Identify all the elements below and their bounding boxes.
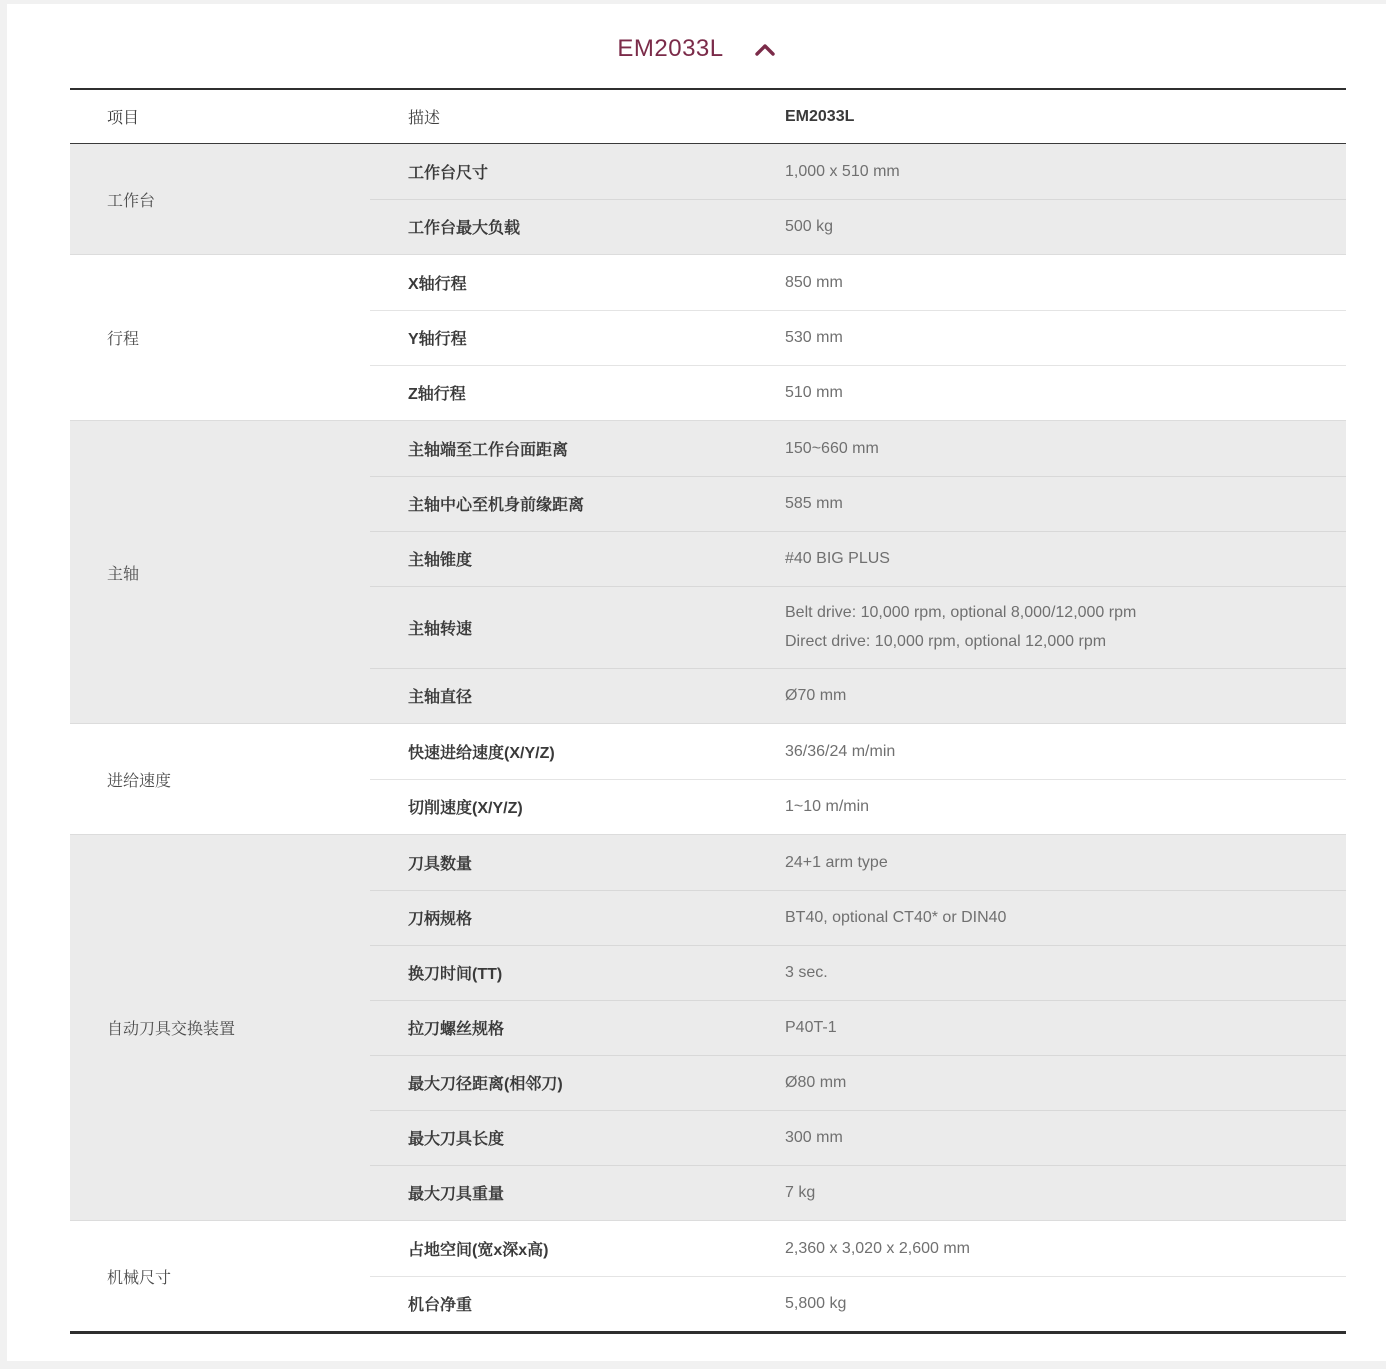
spec-label: 最大刀具长度 — [370, 1126, 785, 1149]
table-row: 主轴中心至机身前缘距离 585 mm — [370, 476, 1346, 531]
group-rows: 占地空间(宽x深x高) 2,360 x 3,020 x 2,600 mm 机台净… — [370, 1221, 1346, 1331]
spec-group-spindle: 主轴 主轴端至工作台面距离 150~660 mm 主轴中心至机身前缘距离 585… — [70, 420, 1346, 723]
spec-value: 1~10 m/min — [785, 798, 1346, 816]
table-row: X轴行程 850 mm — [370, 255, 1346, 310]
spec-label: 机台净重 — [370, 1292, 785, 1315]
spec-card: EM2033L 项目 描述 EM2033L 工作台 工作台尺寸 1,000 x … — [7, 4, 1386, 1361]
spec-label: 最大刀径距离(相邻刀) — [370, 1071, 785, 1094]
category-label: 主轴 — [70, 421, 370, 723]
category-label: 行程 — [70, 255, 370, 420]
spec-label: 换刀时间(TT) — [370, 961, 785, 984]
spec-label: 工作台最大负载 — [370, 215, 785, 238]
table-row: 工作台最大负载 500 kg — [370, 199, 1346, 254]
table-row: 最大刀径距离(相邻刀) Ø80 mm — [370, 1055, 1346, 1110]
group-rows: X轴行程 850 mm Y轴行程 530 mm Z轴行程 510 mm — [370, 255, 1346, 420]
spec-value: Belt drive: 10,000 rpm, optional 8,000/1… — [785, 598, 1346, 656]
category-label: 自动刀具交换装置 — [70, 835, 370, 1220]
spec-value-line: Direct drive: 10,000 rpm, optional 12,00… — [785, 627, 1346, 656]
spec-label: Y轴行程 — [370, 326, 785, 349]
spec-group-travel: 行程 X轴行程 850 mm Y轴行程 530 mm Z轴行程 510 mm — [70, 254, 1346, 420]
table-row: 工作台尺寸 1,000 x 510 mm — [370, 144, 1346, 199]
table-row: 主轴转速 Belt drive: 10,000 rpm, optional 8,… — [370, 586, 1346, 668]
spec-label: 主轴锥度 — [370, 547, 785, 570]
spec-label: 主轴中心至机身前缘距离 — [370, 492, 785, 515]
spec-label: 刀具数量 — [370, 851, 785, 874]
spec-value: 7 kg — [785, 1184, 1346, 1202]
group-rows: 快速进给速度(X/Y/Z) 36/36/24 m/min 切削速度(X/Y/Z)… — [370, 724, 1346, 834]
spec-value: 510 mm — [785, 384, 1346, 402]
table-row: 拉刀螺丝规格 P40T-1 — [370, 1000, 1346, 1055]
header-description: 描述 — [408, 105, 785, 128]
group-rows: 主轴端至工作台面距离 150~660 mm 主轴中心至机身前缘距离 585 mm… — [370, 421, 1346, 723]
spec-label: 占地空间(宽x深x高) — [370, 1237, 785, 1260]
table-row: 刀具数量 24+1 arm type — [370, 835, 1346, 890]
table-row: Y轴行程 530 mm — [370, 310, 1346, 365]
spec-label: 切削速度(X/Y/Z) — [370, 795, 785, 818]
table-row: 最大刀具长度 300 mm — [370, 1110, 1346, 1165]
table-row: 主轴直径 Ø70 mm — [370, 668, 1346, 723]
table-row: Z轴行程 510 mm — [370, 365, 1346, 420]
table-row: 占地空间(宽x深x高) 2,360 x 3,020 x 2,600 mm — [370, 1221, 1346, 1276]
spec-value: 36/36/24 m/min — [785, 743, 1346, 761]
spec-value: 500 kg — [785, 218, 1346, 236]
spec-value: 3 sec. — [785, 964, 1346, 982]
spec-value: 300 mm — [785, 1129, 1346, 1147]
spec-value: 530 mm — [785, 329, 1346, 347]
spec-group-dimensions: 机械尺寸 占地空间(宽x深x高) 2,360 x 3,020 x 2,600 m… — [70, 1220, 1346, 1331]
header-model: EM2033L — [785, 108, 1346, 126]
category-label: 机械尺寸 — [70, 1221, 370, 1331]
spec-value: 5,800 kg — [785, 1295, 1346, 1313]
spec-value: 1,000 x 510 mm — [785, 163, 1346, 181]
spec-label: 最大刀具重量 — [370, 1181, 785, 1204]
table-row: 切削速度(X/Y/Z) 1~10 m/min — [370, 779, 1346, 834]
header-item: 项目 — [70, 105, 408, 128]
spec-label: 主轴直径 — [370, 684, 785, 707]
spec-value: 2,360 x 3,020 x 2,600 mm — [785, 1240, 1346, 1258]
spec-value-line: Belt drive: 10,000 rpm, optional 8,000/1… — [785, 598, 1346, 627]
table-row: 快速进给速度(X/Y/Z) 36/36/24 m/min — [370, 724, 1346, 779]
spec-value: P40T-1 — [785, 1019, 1346, 1037]
spec-value: 150~660 mm — [785, 440, 1346, 458]
table-row: 换刀时间(TT) 3 sec. — [370, 945, 1346, 1000]
spec-label: 拉刀螺丝规格 — [370, 1016, 785, 1039]
accordion-header-em2033l[interactable]: EM2033L — [7, 4, 1386, 88]
table-header-row: 项目 描述 EM2033L — [70, 90, 1346, 144]
category-label: 工作台 — [70, 144, 370, 254]
spec-label: Z轴行程 — [370, 381, 785, 404]
spec-value: BT40, optional CT40* or DIN40 — [785, 909, 1346, 927]
spec-group-worktable: 工作台 工作台尺寸 1,000 x 510 mm 工作台最大负载 500 kg — [70, 144, 1346, 254]
table-row: 刀柄规格 BT40, optional CT40* or DIN40 — [370, 890, 1346, 945]
spec-group-atc: 自动刀具交换装置 刀具数量 24+1 arm type 刀柄规格 BT40, o… — [70, 834, 1346, 1220]
group-rows: 刀具数量 24+1 arm type 刀柄规格 BT40, optional C… — [370, 835, 1346, 1220]
spec-value: 24+1 arm type — [785, 854, 1346, 872]
table-row: 机台净重 5,800 kg — [370, 1276, 1346, 1331]
spec-value: Ø80 mm — [785, 1074, 1346, 1092]
spec-label: 工作台尺寸 — [370, 160, 785, 183]
spec-label: X轴行程 — [370, 271, 785, 294]
group-rows: 工作台尺寸 1,000 x 510 mm 工作台最大负载 500 kg — [370, 144, 1346, 254]
spec-table: 项目 描述 EM2033L 工作台 工作台尺寸 1,000 x 510 mm 工… — [70, 88, 1346, 1334]
spec-label: 主轴端至工作台面距离 — [370, 437, 785, 460]
spec-label: 刀柄规格 — [370, 906, 785, 929]
spec-label: 主轴转速 — [370, 616, 785, 639]
model-title: EM2033L — [617, 35, 723, 63]
spec-label: 快速进给速度(X/Y/Z) — [370, 740, 785, 763]
chevron-up-icon[interactable] — [754, 43, 776, 56]
spec-group-feedrate: 进给速度 快速进给速度(X/Y/Z) 36/36/24 m/min 切削速度(X… — [70, 723, 1346, 834]
spec-value: 585 mm — [785, 495, 1346, 513]
spec-value: Ø70 mm — [785, 687, 1346, 705]
category-label: 进给速度 — [70, 724, 370, 834]
table-row: 最大刀具重量 7 kg — [370, 1165, 1346, 1220]
table-row: 主轴端至工作台面距离 150~660 mm — [370, 421, 1346, 476]
spec-value: #40 BIG PLUS — [785, 550, 1346, 568]
spec-value: 850 mm — [785, 274, 1346, 292]
table-row: 主轴锥度 #40 BIG PLUS — [370, 531, 1346, 586]
